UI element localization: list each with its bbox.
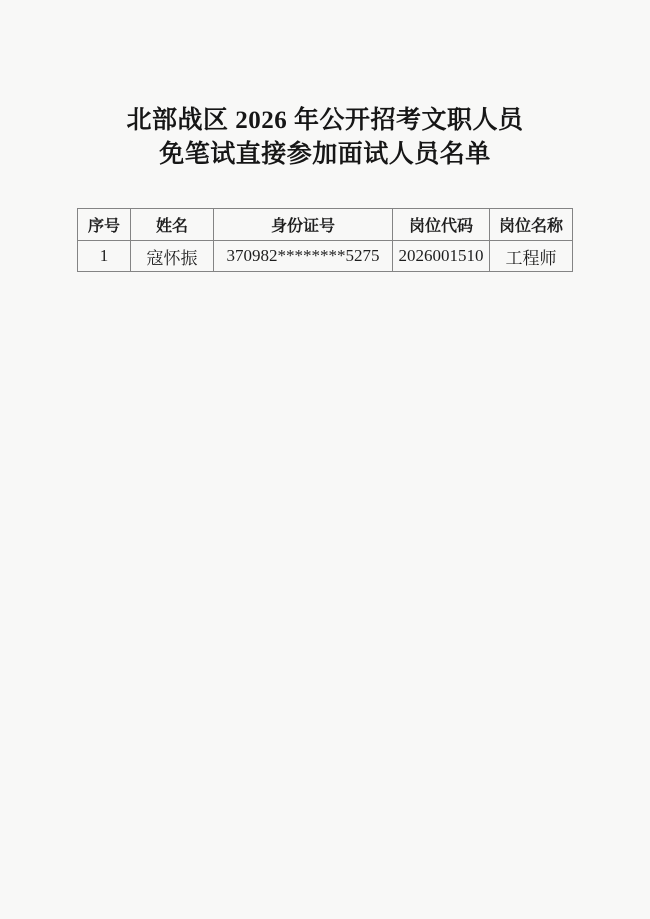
table-row: 1 寇怀振 370982********5275 2026001510 工程师 — [78, 241, 573, 272]
document-page: 北部战区 2026 年公开招考文职人员 免笔试直接参加面试人员名单 序号 姓名 … — [0, 0, 650, 919]
header-name: 姓名 — [131, 209, 214, 241]
cell-post-name: 工程师 — [490, 241, 573, 272]
document-title-line2: 免笔试直接参加面试人员名单 — [159, 141, 491, 168]
cell-name: 寇怀振 — [131, 241, 214, 272]
candidate-table: 序号 姓名 身份证号 岗位代码 岗位名称 1 寇怀振 370982*******… — [77, 208, 573, 272]
document-title-line1: 北部战区 2026 年公开招考文职人员 — [126, 107, 523, 134]
cell-post-code: 2026001510 — [393, 241, 490, 272]
document-title: 北部战区 2026 年公开招考文职人员 免笔试直接参加面试人员名单 — [0, 104, 650, 172]
cell-id-number: 370982********5275 — [214, 241, 393, 272]
cell-seq: 1 — [78, 241, 131, 272]
header-post-name: 岗位名称 — [490, 209, 573, 241]
header-post-code: 岗位代码 — [393, 209, 490, 241]
header-seq: 序号 — [78, 209, 131, 241]
header-id-number: 身份证号 — [214, 209, 393, 241]
table-header-row: 序号 姓名 身份证号 岗位代码 岗位名称 — [78, 209, 573, 241]
